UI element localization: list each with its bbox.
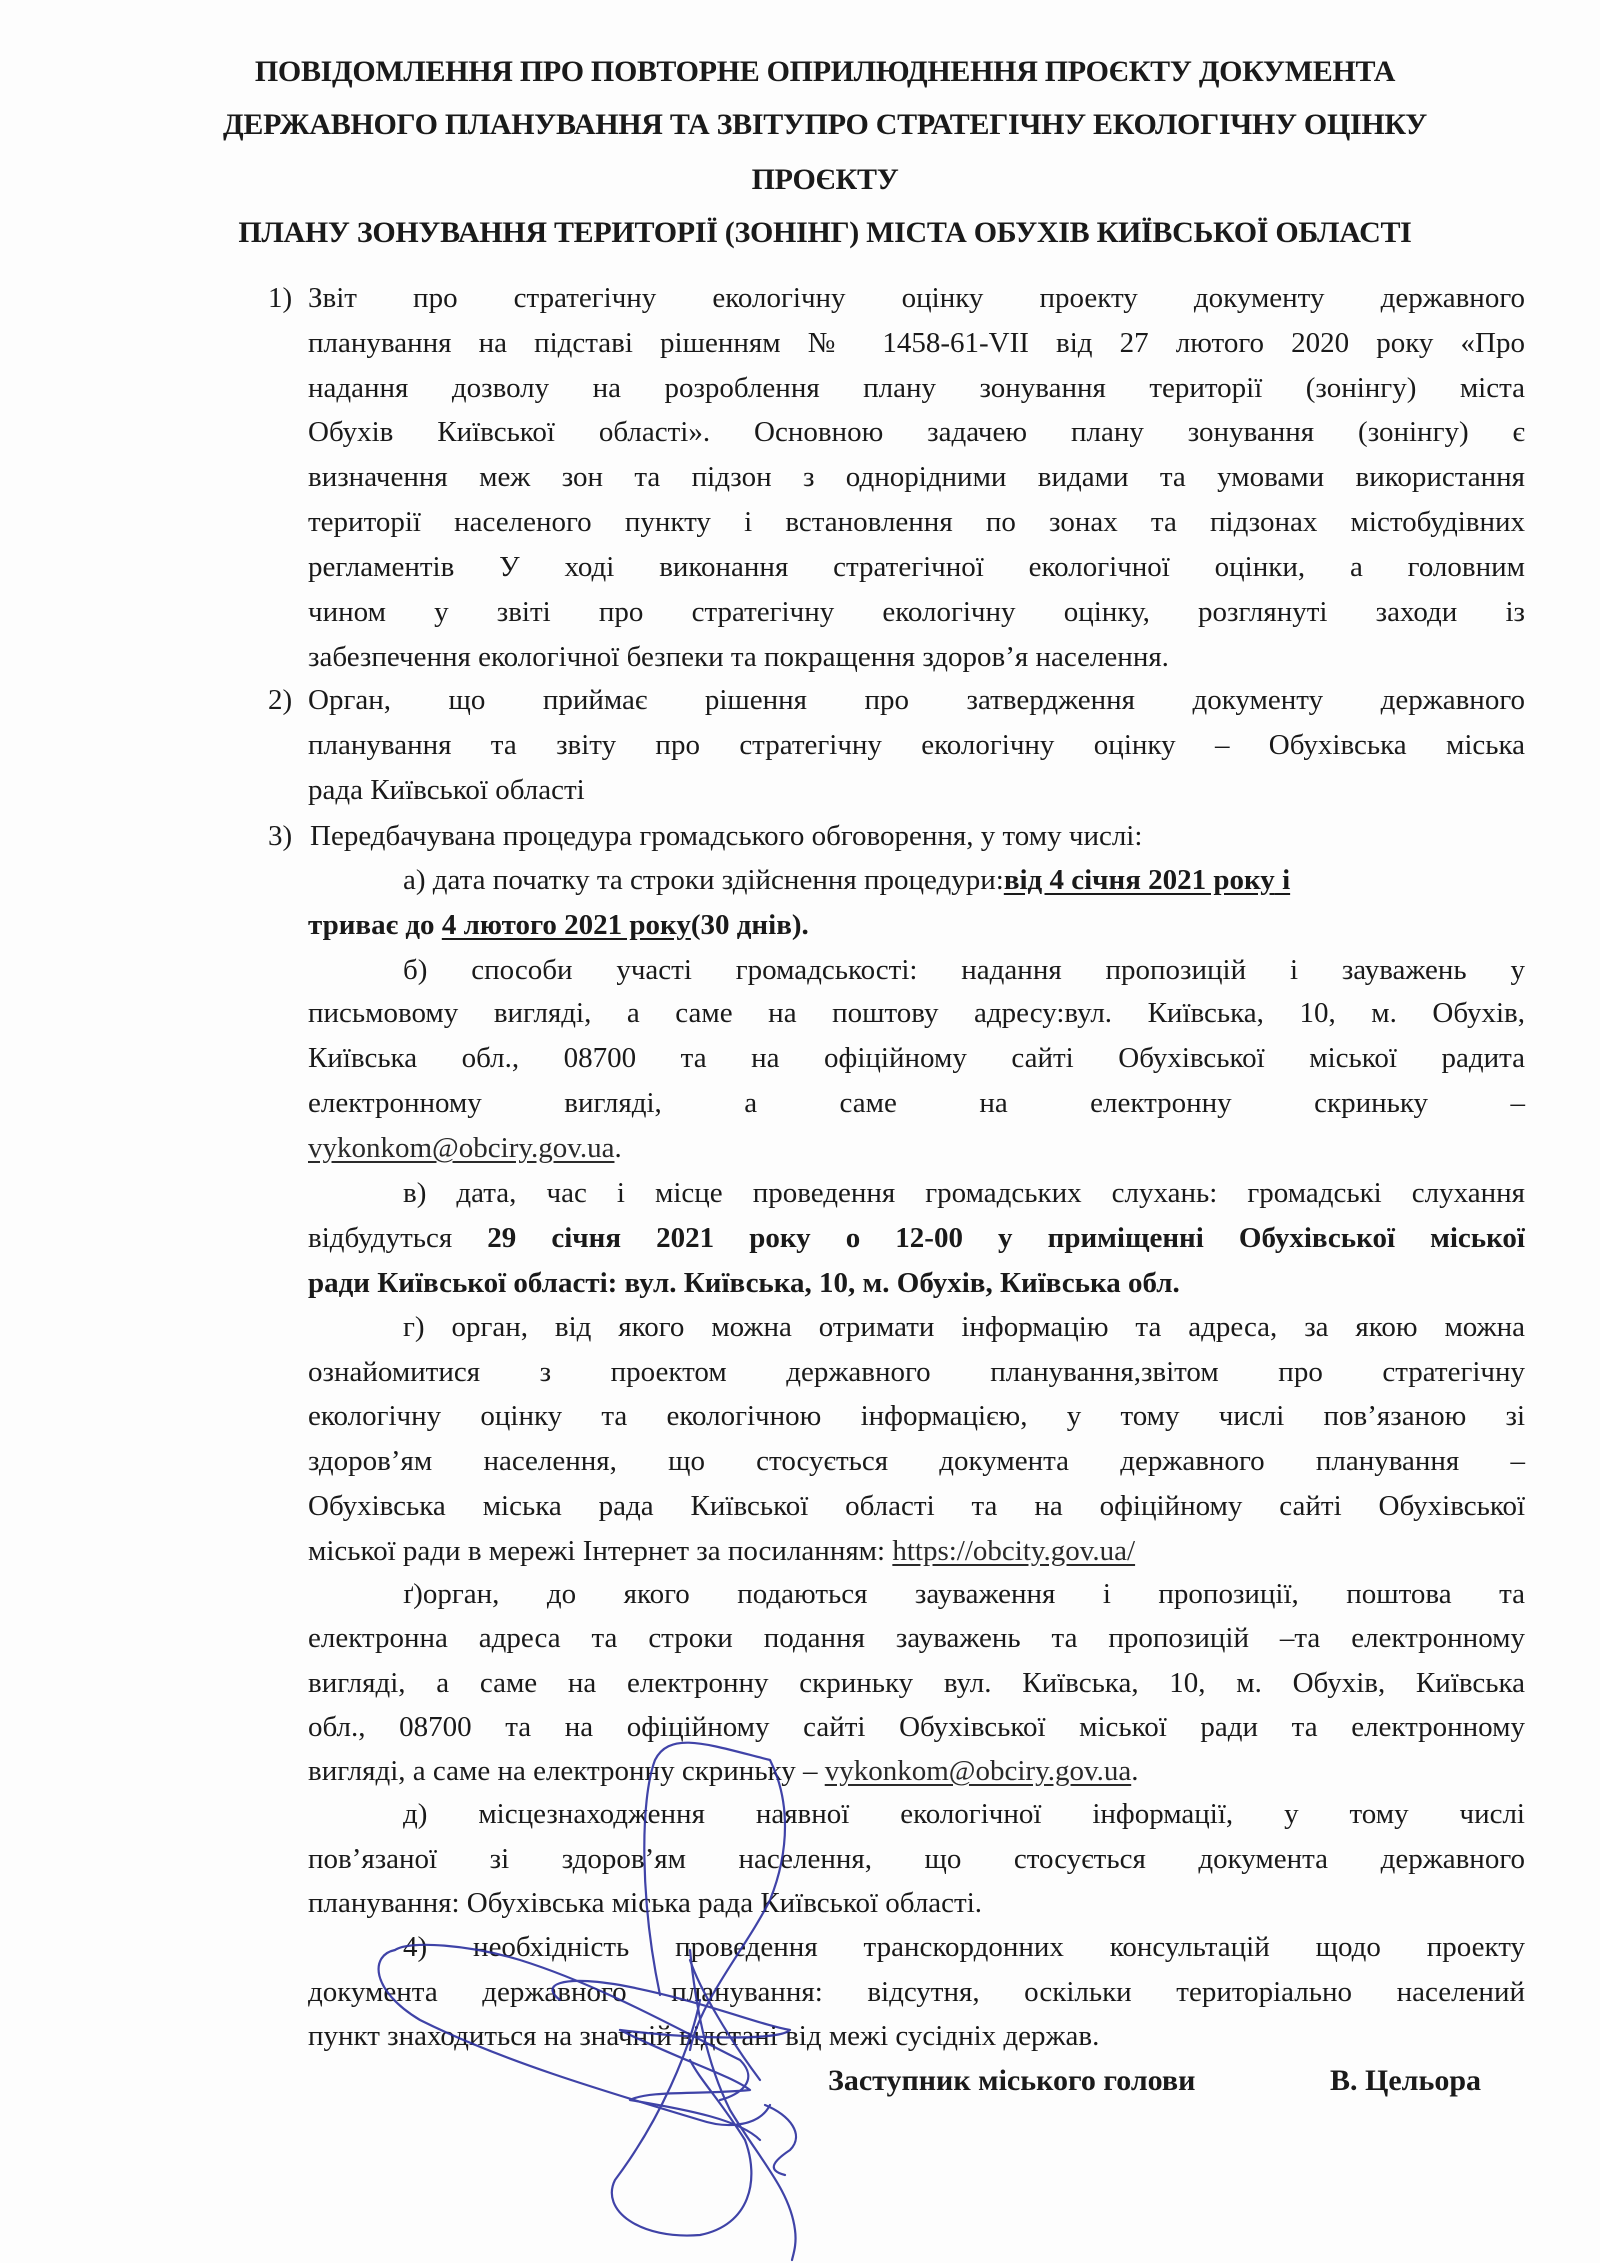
- signatory-name: В. Цельора: [1330, 2063, 1481, 2099]
- hearing-date-place: 29 січня 2021 року о 12-00 у приміщенні …: [487, 1222, 1525, 1254]
- item-3g-line: екологічну оцінку та екологічною інформа…: [308, 1398, 1525, 1434]
- heading-line-4: ПЛАНУ ЗОНУВАННЯ ТЕРИТОРІЇ (ЗОНІНГ) МІСТА…: [150, 215, 1500, 251]
- end-prefix: триває до: [308, 909, 442, 941]
- website-link[interactable]: https://obcity.gov.ua/: [892, 1535, 1135, 1567]
- item-3a-prefix: а) дата початку та строки здійснення про…: [403, 864, 1004, 896]
- item-1-line: надання дозволу на розроблення плану зон…: [308, 370, 1525, 406]
- heading-line-3: ПРОЄКТУ: [150, 162, 1500, 198]
- item-3a-line-2: триває до 4 лютого 2021 року(30 днів).: [308, 907, 809, 943]
- start-date: від 4 січня 2021 року: [1004, 864, 1275, 896]
- item-3-number: 3): [268, 818, 292, 854]
- item-3d-line: планування: Обухівська міська рада Київс…: [308, 1885, 982, 1921]
- item-2-line: планування та звіту про стратегічну екол…: [308, 727, 1525, 763]
- item-3d-line: д) місцезнаходження наявної екологічної …: [403, 1796, 1525, 1832]
- item-3v-line-2: відбудуться 29 січня 2021 року о 12-00 у…: [308, 1220, 1525, 1256]
- item-3g-line: г) орган, від якого можна отримати інфор…: [403, 1309, 1525, 1345]
- item-2-line: Орган, що приймає рішення про затверджен…: [308, 682, 1525, 718]
- item-1-line: чином у звіті про стратегічну екологічну…: [308, 594, 1525, 630]
- item-1-line: планування на підставі рішенням № 1458-6…: [308, 325, 1525, 361]
- email-suffix: .: [614, 1132, 621, 1164]
- item-3g2-line: ґ)орган, до якого подаються зауваження і…: [403, 1576, 1525, 1612]
- signatory-title: Заступник міського голови: [828, 2063, 1195, 2099]
- item-1-line: забезпечення екологічної безпеки та покр…: [308, 639, 1169, 675]
- duration: (30 днів).: [691, 909, 809, 941]
- item-3b-line: письмовому вигляді, а саме на поштову ад…: [308, 995, 1525, 1031]
- item-3g2-line: вигляді, а саме на електронну скриньку в…: [308, 1665, 1525, 1701]
- item-1-line: Обухів Київської області». Основною зада…: [308, 414, 1525, 450]
- item-3b-line: б) способи участі громадськості: надання…: [403, 952, 1525, 988]
- item-3b-line: Київська обл., 08700 та на офіційному са…: [308, 1040, 1525, 1076]
- heading-line-2: ДЕРЖАВНОГО ПЛАНУВАННЯ ТА ЗВІТУПРО СТРАТЕ…: [150, 107, 1500, 143]
- item-3a-line-1: а) дата початку та строки здійснення про…: [403, 862, 1290, 898]
- item-3g-url-line: міської ради в мережі Інтернет за посила…: [308, 1533, 1135, 1569]
- item-2-number: 2): [268, 682, 292, 718]
- item-3b-email-line: vykonkom@obciry.gov.ua.: [308, 1130, 622, 1166]
- item-4-line: 4) необхідність проведення транскордонни…: [403, 1929, 1525, 1965]
- item-4-line: документа державного планування: відсутн…: [308, 1974, 1525, 2010]
- email-link[interactable]: vykonkom@obciry.gov.ua: [825, 1755, 1131, 1787]
- item-1-line: регламентів У ході виконання стратегічно…: [308, 549, 1525, 585]
- item-3g2-line: електронна адреса та строки подання заув…: [308, 1620, 1525, 1656]
- heading-line-1: ПОВІДОМЛЕННЯ ПРО ПОВТОРНЕ ОПРИЛЮДНЕННЯ П…: [150, 54, 1500, 90]
- item-1-line: Звіт про стратегічну екологічну оцінку п…: [308, 280, 1525, 316]
- item-3-intro: Передбачувана процедура громадського обг…: [310, 818, 1142, 854]
- end-date: 4 лютого 2021 року: [442, 909, 691, 941]
- item-1-line: визначення меж зон та підзон з однорідни…: [308, 459, 1525, 495]
- email-link[interactable]: vykonkom@obciry.gov.ua: [308, 1132, 614, 1164]
- item-3v-line-1: в) дата, час і місце проведення громадсь…: [403, 1175, 1525, 1211]
- email-suffix: .: [1131, 1755, 1138, 1787]
- item-2-line: рада Київської області: [308, 772, 585, 808]
- item-3b-line: електронному вигляді, а саме на електрон…: [308, 1085, 1525, 1121]
- hearing-prefix: відбудуться: [308, 1222, 487, 1254]
- item-3g-line: ознайомитися з проектом державного плану…: [308, 1354, 1525, 1390]
- item-3v-line-3: ради Київської області: вул. Київська, 1…: [308, 1265, 1180, 1301]
- url-prefix: міської ради в мережі Інтернет за посила…: [308, 1535, 892, 1567]
- start-suffix: і: [1275, 864, 1290, 896]
- item-1-line: території населеного пункту і встановлен…: [308, 504, 1525, 540]
- item-1-number: 1): [268, 280, 292, 316]
- email-prefix: вигляді, а саме на електронну скриньку –: [308, 1755, 825, 1787]
- item-3g-line: Обухівська міська рада Київської області…: [308, 1488, 1525, 1524]
- item-3g2-line: обл., 08700 та на офіційному сайті Обухі…: [308, 1709, 1525, 1745]
- item-4-line: пункт знаходиться на значній відстані ві…: [308, 2018, 1099, 2054]
- item-3g2-email-line: вигляді, а саме на електронну скриньку –…: [308, 1753, 1138, 1789]
- item-3g-line: здоров’ям населення, що стосується докум…: [308, 1443, 1525, 1479]
- document-page: ПОВІДОМЛЕННЯ ПРО ПОВТОРНЕ ОПРИЛЮДНЕННЯ П…: [0, 0, 1600, 2263]
- item-3d-line: пов’язаної зі здоров’ям населення, що ст…: [308, 1841, 1525, 1877]
